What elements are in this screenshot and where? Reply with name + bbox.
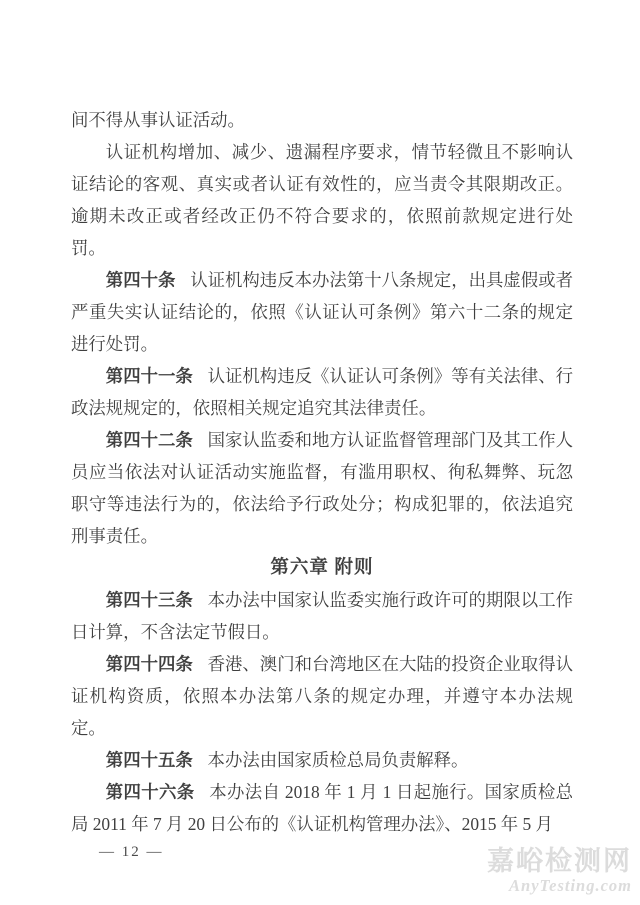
document-page: 间不得从事认证活动。 认证机构增加、减少、遗漏程序要求，情节轻微且不影响认证结论… xyxy=(0,0,640,905)
document-body: 间不得从事认证活动。 认证机构增加、减少、遗漏程序要求，情节轻微且不影响认证结论… xyxy=(71,104,573,868)
article-paragraph-42: 第四十二条国家认监委和地方认证监督管理部门及其工作人员应当依法对认证活动实施监督… xyxy=(71,424,573,552)
article-paragraph-41: 第四十一条认证机构违反《认证认可条例》等有关法律、行政法规规定的，依照相关规定追… xyxy=(71,360,573,424)
article-number: 第四十二条 xyxy=(106,430,193,450)
paragraph-text: 认证机构增加、减少、遗漏程序要求，情节轻微且不影响认证结论的客观、真实或者认证有… xyxy=(71,142,573,258)
article-number: 第四十条 xyxy=(106,270,176,290)
article-paragraph-46: 第四十六条本办法自 2018 年 1 月 1 日起施行。国家质检总局 2011 … xyxy=(71,776,573,840)
article-number: 第四十三条 xyxy=(106,590,193,610)
article-text: 本办法由国家质检总局负责解释。 xyxy=(208,750,469,770)
article-number: 第四十一条 xyxy=(106,366,193,386)
watermark-site-name: 嘉峪检测网 xyxy=(487,846,632,876)
paragraph-body: 认证机构增加、减少、遗漏程序要求，情节轻微且不影响认证结论的客观、真实或者认证有… xyxy=(71,136,573,264)
watermark-site-url: AnyTesting.com xyxy=(487,877,632,895)
paragraph-continuation: 间不得从事认证活动。 xyxy=(71,104,573,136)
article-paragraph-40: 第四十条认证机构违反本办法第十八条规定，出具虚假或者严重失实认证结论的，依照《认… xyxy=(71,264,573,360)
article-number: 第四十五条 xyxy=(106,750,193,770)
chapter-heading: 第六章 附则 xyxy=(71,552,573,584)
watermark: 嘉峪检测网 AnyTesting.com xyxy=(487,846,632,895)
article-paragraph-44: 第四十四条香港、澳门和台湾地区在大陆的投资企业取得认证机构资质，依照本办法第八条… xyxy=(71,648,573,744)
article-number: 第四十六条 xyxy=(106,782,195,802)
article-number: 第四十四条 xyxy=(106,654,193,674)
article-paragraph-45: 第四十五条本办法由国家质检总局负责解释。 xyxy=(71,744,573,776)
article-paragraph-43: 第四十三条本办法中国家认监委实施行政许可的期限以工作日计算，不含法定节假日。 xyxy=(71,584,573,648)
